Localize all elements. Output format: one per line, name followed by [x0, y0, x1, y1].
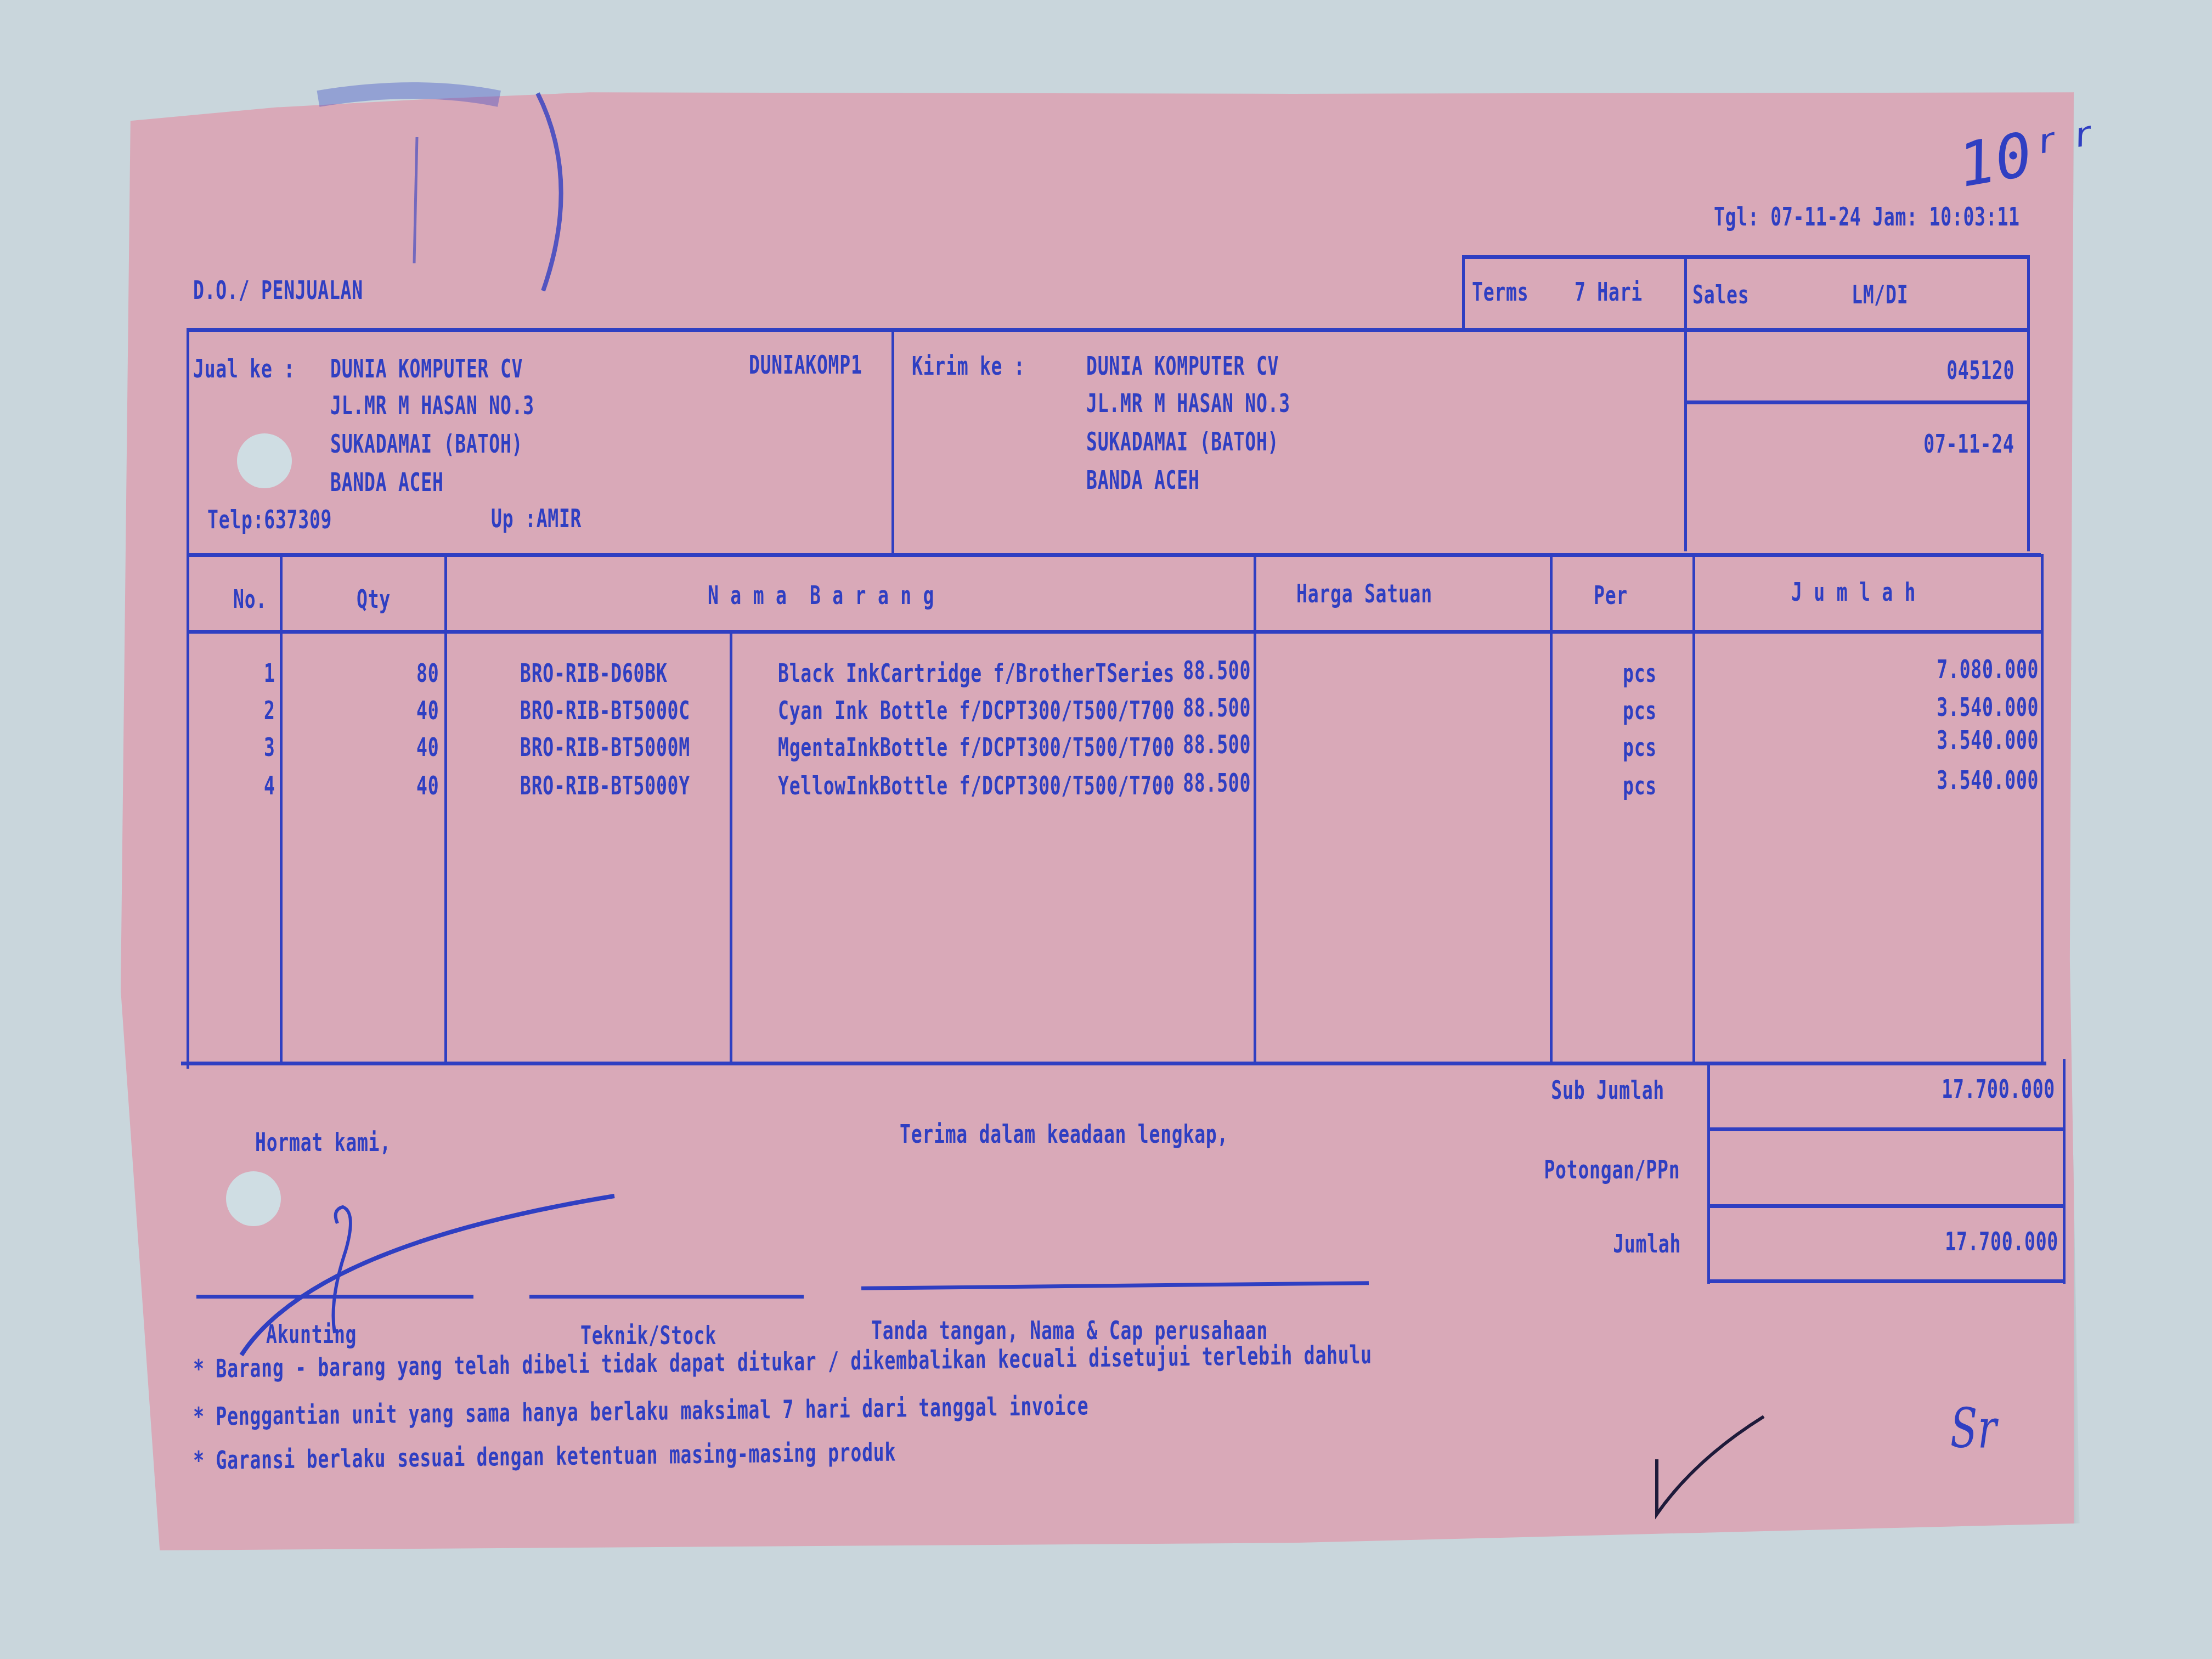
- total-value: 17.700.000: [1945, 1227, 2058, 1256]
- divider: [1709, 1204, 2066, 1208]
- row-per: pcs: [1623, 696, 1657, 725]
- divider: [1462, 255, 2030, 259]
- timestamp: Tgl: 07-11-24 Jam: 10:03:11: [1714, 202, 2020, 232]
- ship-to-city: BANDA ACEH: [1086, 465, 1200, 495]
- row-price: 88.500: [1183, 693, 1251, 723]
- terms-value: 7 Hari: [1575, 277, 1643, 307]
- col-header-qty: Qty: [357, 584, 391, 614]
- discount-label: Potongan/PPn: [1544, 1155, 1680, 1184]
- divider: [1707, 1062, 1710, 1284]
- col-header-price: Harga Satuan: [1296, 579, 1432, 608]
- doc-number: 045120: [1946, 356, 2015, 385]
- divider: [1550, 554, 1553, 1064]
- checkmark-icon: [1646, 1410, 1778, 1531]
- row-total: 3.540.000: [1937, 765, 2039, 795]
- row-desc: Cyan Ink Bottle f/DCPT300/T500/T700: [778, 696, 1175, 725]
- row-code: BRO-RIB-BT5000M: [520, 732, 690, 762]
- col-header-total: J u m l a h: [1791, 577, 1916, 607]
- row-code: BRO-RIB-BT5000C: [520, 696, 690, 725]
- divider: [2063, 1059, 2066, 1284]
- total-label: Jumlah: [1613, 1229, 1681, 1259]
- divider: [2041, 554, 2044, 1064]
- row-no: 4: [264, 771, 275, 800]
- row-price: 88.500: [1183, 768, 1251, 798]
- divider: [280, 554, 283, 1064]
- row-code: BRO-RIB-D60BK: [520, 658, 668, 688]
- divider: [891, 328, 894, 554]
- bill-to-code: DUNIAKOMP1: [749, 350, 862, 380]
- stock-label: Teknik/Stock: [580, 1321, 716, 1350]
- punch-hole: [226, 1171, 281, 1226]
- divider: [1692, 554, 1695, 1064]
- subtotal-label: Sub Jumlah: [1551, 1075, 1664, 1105]
- bill-to-address1: JL.MR M HASAN NO.3: [330, 391, 534, 420]
- row-qty: 40: [416, 696, 439, 725]
- row-no: 3: [264, 732, 275, 762]
- divider: [1684, 400, 2030, 404]
- divider: [187, 328, 189, 1069]
- row-qty: 40: [416, 771, 439, 800]
- divider: [730, 631, 732, 1064]
- row-desc: MgentaInkBottle f/DCPT300/T500/T700: [778, 732, 1175, 762]
- row-qty: 40: [416, 732, 439, 762]
- divider: [1709, 1279, 2066, 1283]
- punch-hole: [237, 433, 292, 488]
- row-price: 88.500: [1183, 730, 1251, 759]
- accounting-label: Akunting: [266, 1319, 357, 1349]
- row-code: BRO-RIB-BT5000Y: [520, 771, 690, 800]
- row-no: 1: [264, 658, 275, 688]
- sales-label: Sales: [1692, 280, 1749, 309]
- bill-to-address2: SUKADAMAI (BATOH): [330, 429, 523, 459]
- bill-to-phone: Telp:637309: [207, 505, 332, 534]
- doc-date: 07-11-24: [1924, 429, 2015, 459]
- bill-to-attn: Up :AMIR: [491, 504, 582, 533]
- company-sign-label: Tanda tangan, Nama & Cap perusahaan: [871, 1316, 1268, 1345]
- divider: [1462, 255, 1465, 329]
- row-total: 7.080.000: [1937, 654, 2039, 684]
- row-per: pcs: [1623, 732, 1657, 762]
- row-total: 3.540.000: [1937, 692, 2039, 722]
- row-desc: YellowInkBottle f/DCPT300/T500/T700: [778, 771, 1175, 800]
- row-desc: Black InkCartridge f/BrotherTSeries: [778, 658, 1175, 688]
- received-text: Terima dalam keadaan lengkap,: [900, 1119, 1228, 1149]
- divider: [444, 554, 447, 1064]
- sales-value: LM/DI: [1852, 280, 1908, 309]
- col-header-no: No.: [233, 584, 267, 614]
- col-header-name: N a m a B a r a n g: [708, 580, 934, 610]
- doc-title: D.O./ PENJUALAN: [193, 275, 363, 305]
- ship-to-label: Kirim ke :: [912, 351, 1025, 381]
- row-per: pcs: [1623, 658, 1657, 688]
- regards-text: Hormat kami,: [255, 1127, 391, 1157]
- subtotal-value: 17.700.000: [1942, 1074, 2055, 1104]
- divider: [1709, 1127, 2066, 1131]
- row-qty: 80: [416, 658, 439, 688]
- divider: [187, 630, 2041, 634]
- ship-to-address2: SUKADAMAI (BATOH): [1086, 427, 1279, 456]
- bill-to-city: BANDA ACEH: [330, 467, 444, 497]
- ship-to-address1: JL.MR M HASAN NO.3: [1086, 388, 1290, 418]
- divider: [187, 328, 2030, 332]
- row-total: 3.540.000: [1937, 725, 2039, 755]
- row-price: 88.500: [1183, 656, 1251, 685]
- divider: [181, 1062, 2046, 1065]
- bill-to-label: Jual ke :: [193, 354, 295, 383]
- terms-label: Terms: [1472, 277, 1528, 307]
- row-per: pcs: [1623, 771, 1657, 800]
- col-header-per: Per: [1594, 580, 1628, 610]
- row-no: 2: [264, 696, 275, 725]
- divider: [187, 553, 2041, 557]
- initials: Sr: [1950, 1396, 1997, 1460]
- divider: [1254, 554, 1256, 1064]
- bill-to-name: DUNIA KOMPUTER CV: [330, 354, 523, 383]
- ship-to-name: DUNIA KOMPUTER CV: [1086, 351, 1279, 381]
